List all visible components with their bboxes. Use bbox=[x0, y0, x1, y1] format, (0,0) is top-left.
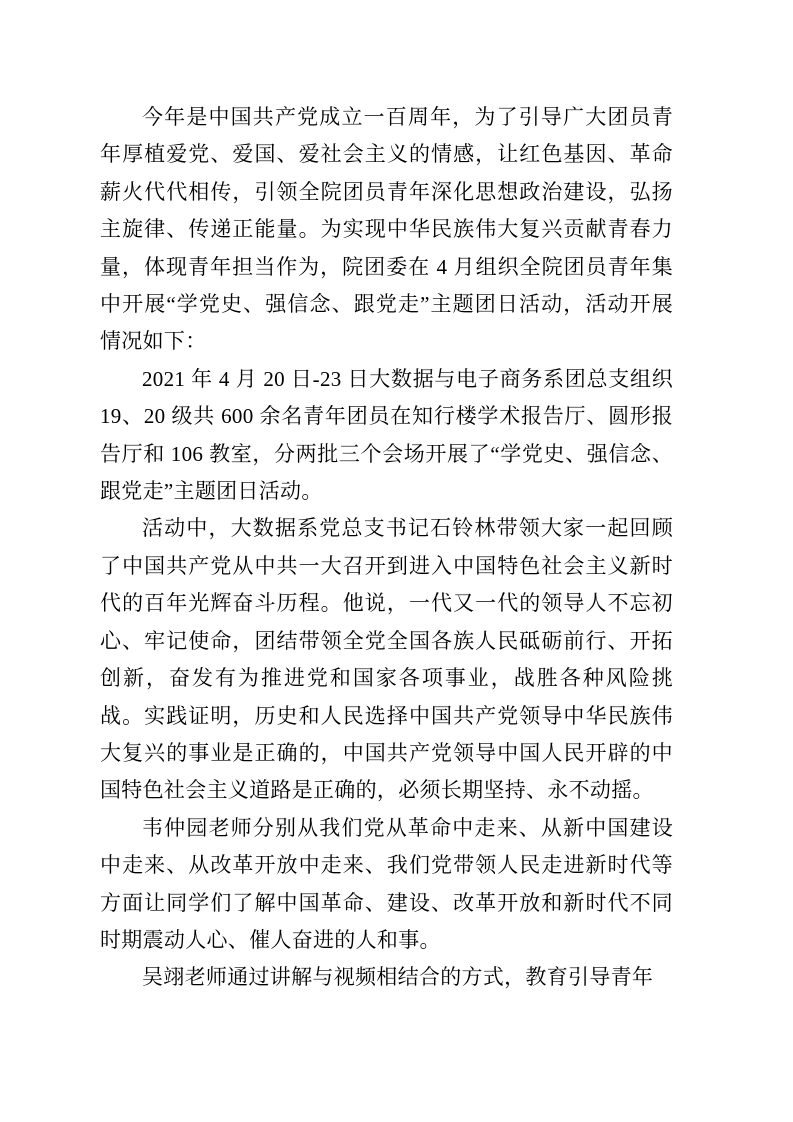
paragraph-event-overview: 2021 年 4 月 20 日-23 日大数据与电子商务系团总支组织 19、20… bbox=[100, 361, 673, 511]
document-text-body: 今年是中国共产党成立一百周年，为了引导广大团员青年厚植爱党、爱国、爱社会主义的情… bbox=[100, 99, 673, 997]
paragraph-wei-zhongyuan-lecture: 韦仲园老师分别从我们党从革命中走来、从新中国建设中走来、从改革开放中走来、我们党… bbox=[100, 810, 673, 960]
paragraph-intro: 今年是中国共产党成立一百周年，为了引导广大团员青年厚植爱党、爱国、爱社会主义的情… bbox=[100, 99, 673, 361]
paragraph-shi-linglin-review: 活动中，大数据系党总支书记石铃林带领大家一起回顾了中国共产党从中共一大召开到进入… bbox=[100, 510, 673, 809]
paragraph-wu-yi-lecture: 吴翊老师通过讲解与视频相结合的方式，教育引导青年 bbox=[100, 959, 673, 996]
document-page: 今年是中国共产党成立一百周年，为了引导广大团员青年厚植爱党、爱国、爱社会主义的情… bbox=[0, 0, 793, 1122]
